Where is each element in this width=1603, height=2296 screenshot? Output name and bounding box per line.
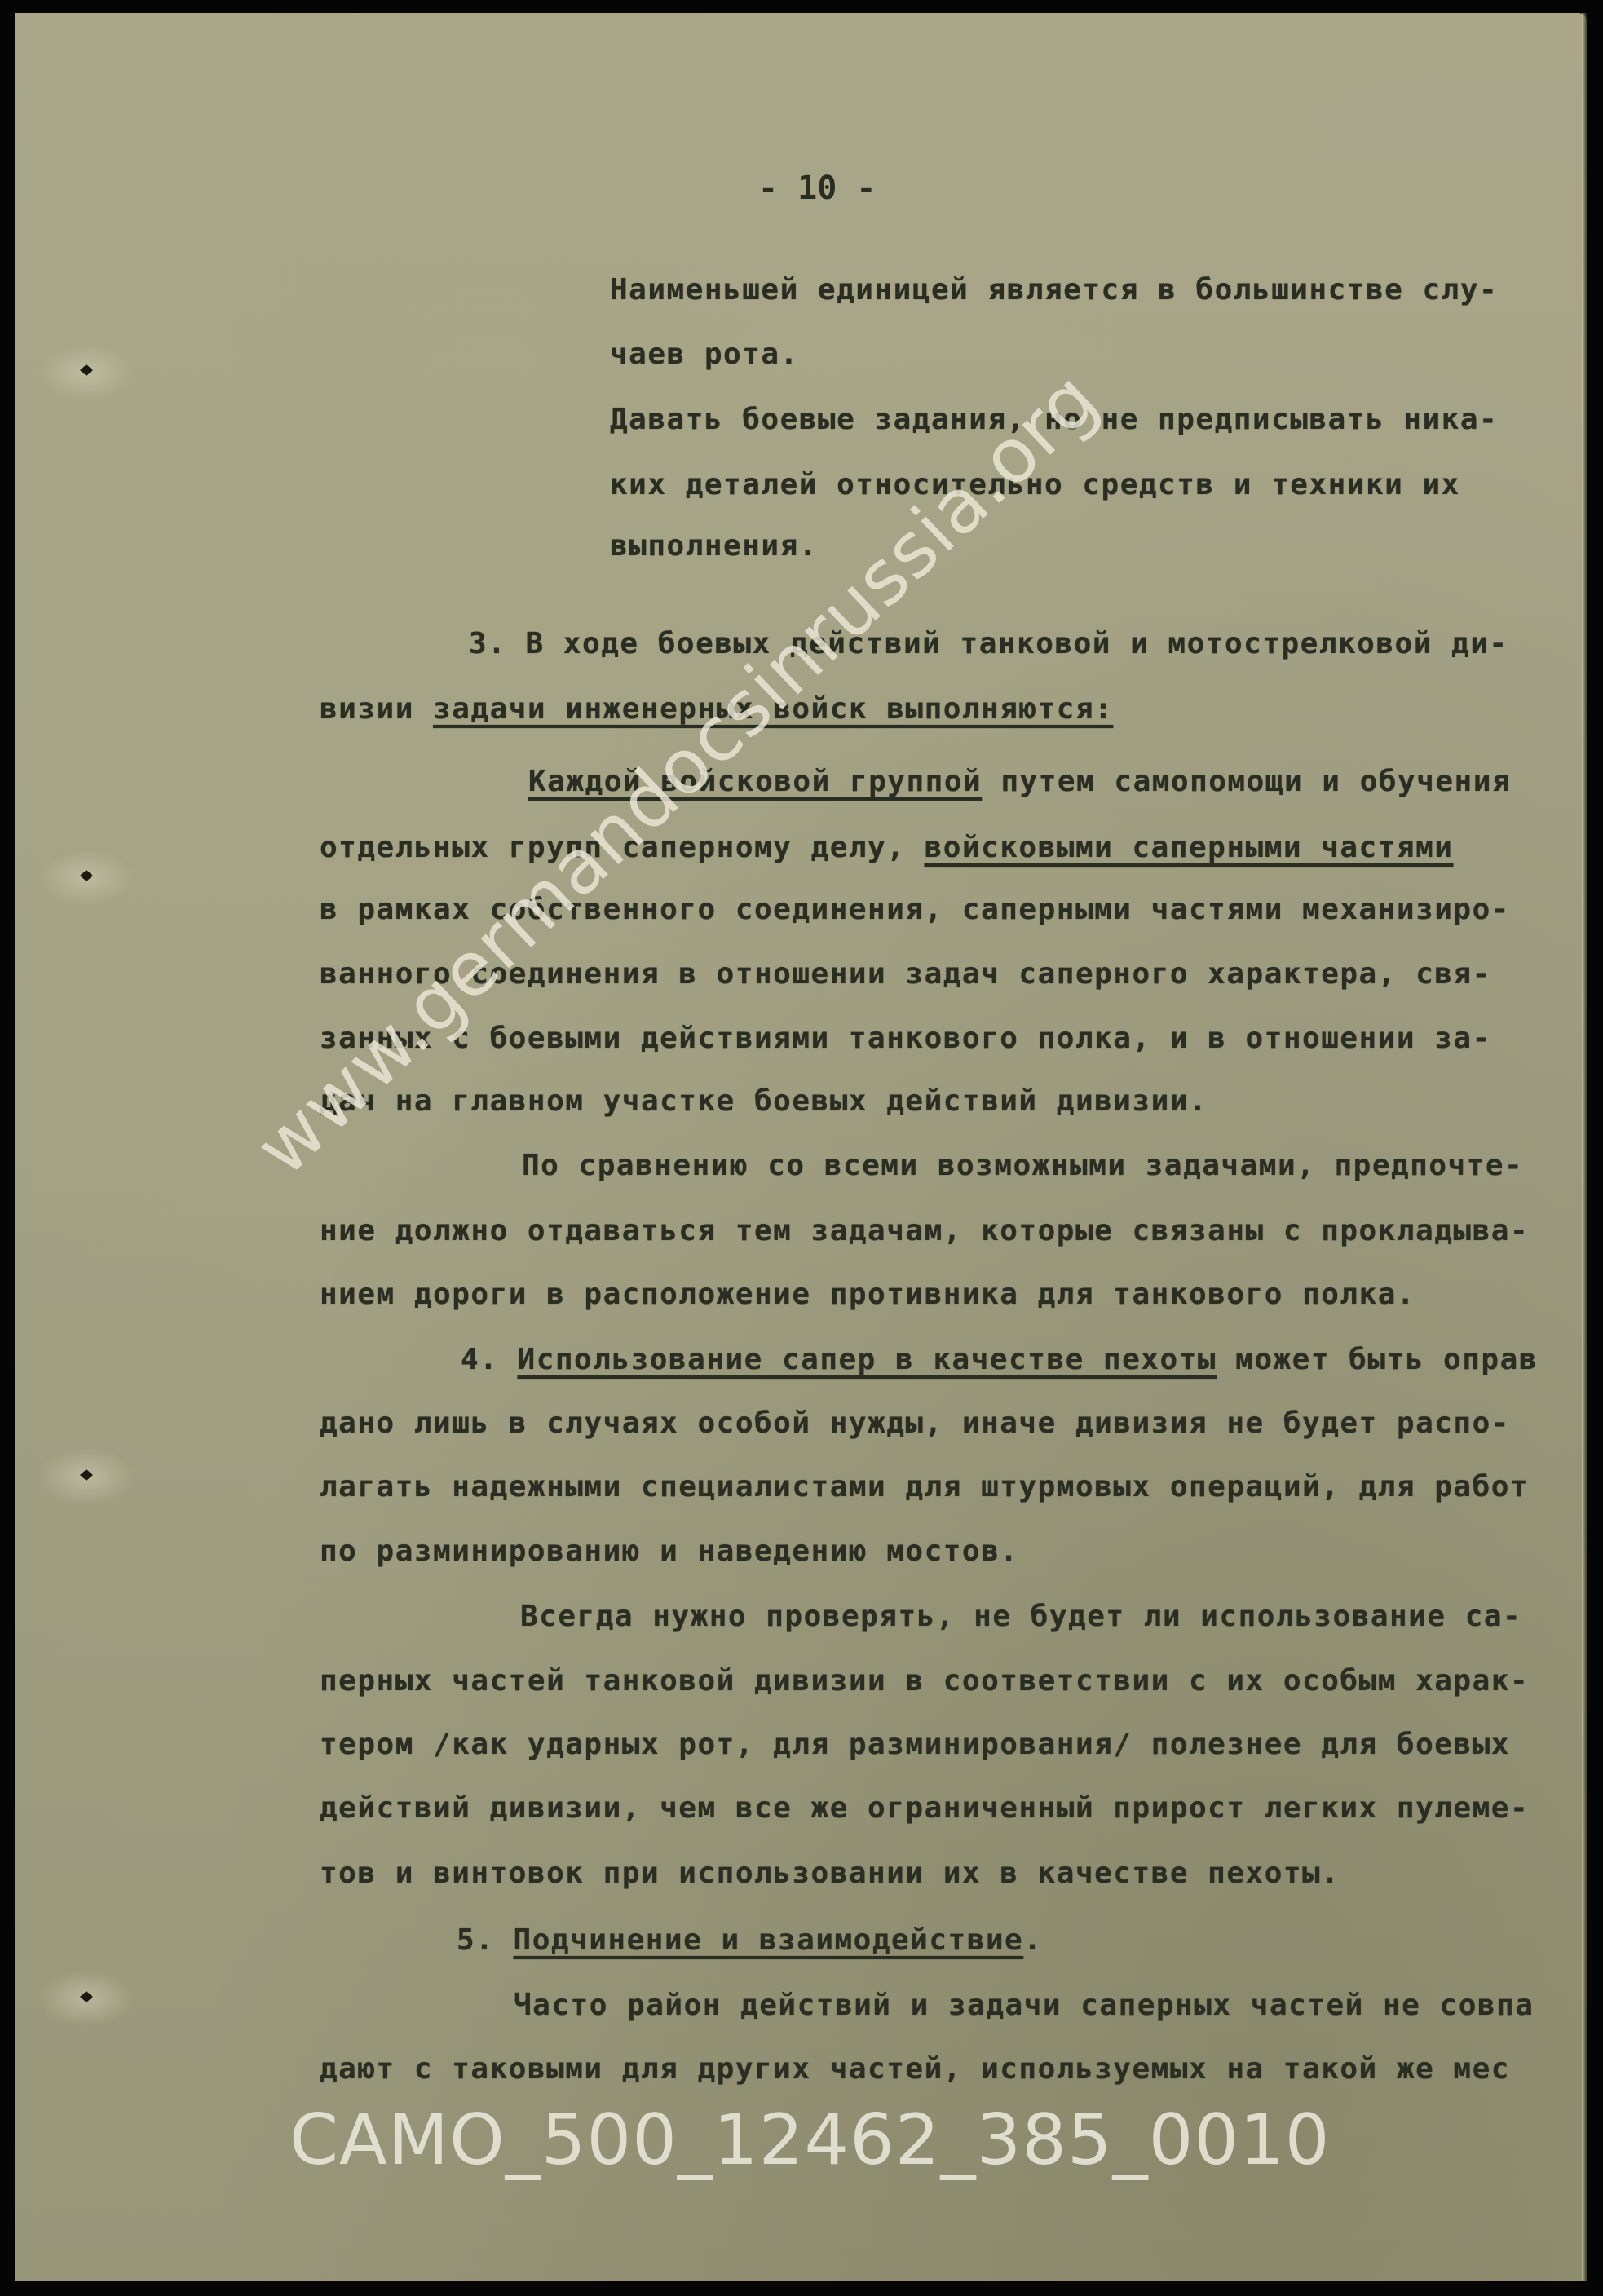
text-line: Всегда нужно проверять, не будет ли испо… [520,1602,1521,1631]
text-span: 4. [461,1343,518,1376]
text-line: нием дороги в расположение противника дл… [320,1280,1415,1309]
text-line: выполнения. [610,532,818,561]
text-line: Наименьшей единицей является в большинст… [610,276,1498,305]
text-line: Часто район действий и задачи саперных ч… [514,1991,1534,2020]
underlined-heading: войсковыми саперными частями [925,831,1454,864]
text-line: По сравнению со всеми возможными задачам… [522,1151,1523,1181]
punch-hole-icon [38,343,135,400]
punch-hole-icon [38,1448,135,1505]
archive-id-watermark: CAMO_500_12462_385_0010 [289,2100,1331,2181]
page-edge [1582,13,1587,2281]
page-number: - 10 - [758,170,877,207]
punch-hole-icon [38,849,135,906]
text-span: 5. [457,1923,514,1957]
text-span: может быть оправ [1217,1343,1538,1376]
text-line: тов и винтовок при использовании их в ка… [320,1859,1340,1888]
text-line: отдельных групп саперному делу, войсковы… [320,833,1453,863]
text-line: действий дивизии, чем все же ограниченны… [320,1794,1529,1823]
text-line: занных с боевыми действиями танкового по… [320,1024,1491,1053]
text-line: тером /как ударных рот, для разминирован… [320,1730,1510,1760]
text-line: чаев рота. [610,340,799,369]
text-span: . [1023,1923,1042,1957]
text-line: дают с таковыми для других частей, испол… [320,2055,1510,2084]
text-span: визии [320,692,433,726]
text-line: 4. Использование сапер в качестве пехоты… [461,1345,1538,1375]
text-line: 3. В ходе боевых действий танковой и мот… [469,629,1508,659]
text-line: 5. Подчинение и взаимодействие. [457,1926,1042,1955]
punch-hole-icon [38,1970,135,2027]
text-line: ние должно отдаваться тем задачам, котор… [320,1216,1529,1246]
text-line: перных частей танковой дивизии в соответ… [320,1667,1529,1696]
text-line: дано лишь в случаях особой нужды, иначе … [320,1409,1510,1438]
underlined-heading: Подчинение и взаимодействие [514,1923,1024,1957]
text-line: дач на главном участке боевых действий д… [320,1087,1208,1116]
text-line: по разминированию и наведению мостов. [320,1537,1018,1566]
text-span: путем самопомощи и обучения [982,765,1511,798]
underlined-heading: Использование сапер в качестве пехоты [518,1343,1217,1376]
text-line: лагать надежными специалистами для штурм… [320,1473,1529,1502]
